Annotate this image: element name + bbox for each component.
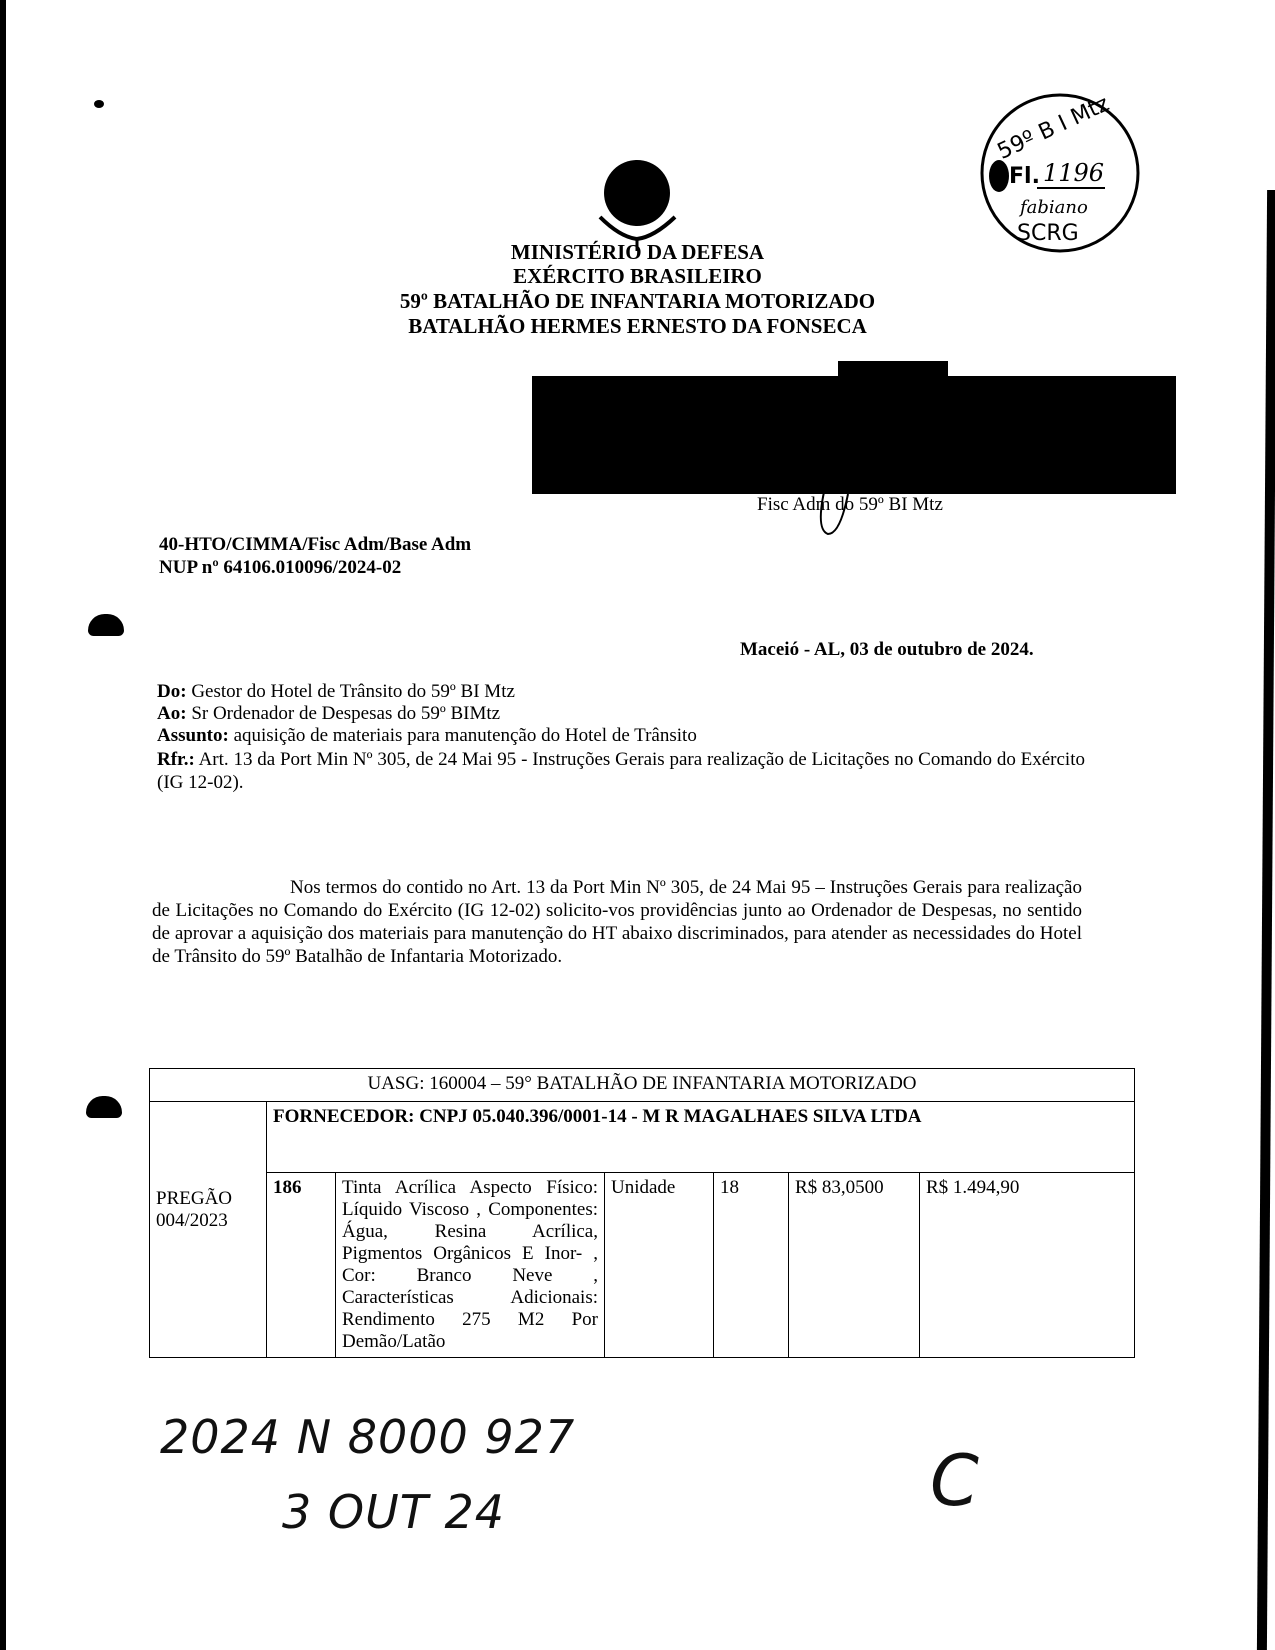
svg-text:59º B I Mtz: 59º B I Mtz <box>994 91 1113 164</box>
uasg-row: UASG: 160004 – 59° BATALHÃO DE INFANTARI… <box>150 1069 1135 1102</box>
svg-text:fabiano: fabiano <box>1018 197 1088 218</box>
svg-text:1196: 1196 <box>1043 159 1104 187</box>
to-line: Ao: Sr Ordenador de Despesas do 59º BIMt… <box>157 703 500 725</box>
supplier-header: FORNECEDOR: CNPJ 05.040.396/0001-14 - M … <box>267 1102 1135 1173</box>
item-unit: Unidade <box>605 1173 714 1358</box>
pregao-label: PREGÃO 004/2023 <box>156 1188 242 1232</box>
item-unit-price: R$ 83,0500 <box>789 1173 920 1358</box>
redaction-box <box>838 361 948 377</box>
uasg-header: UASG: 160004 – 59° BATALHÃO DE INFANTARI… <box>150 1069 1135 1102</box>
ref-label: Rfr.: <box>157 749 195 770</box>
ref-value: Art. 13 da Port Min Nº 305, de 24 Mai 95… <box>157 749 1085 793</box>
nup-number: NUP nº 64106.010096/2024-02 <box>159 557 401 579</box>
subject-label: Assunto: <box>157 725 229 746</box>
from-line: Do: Gestor do Hotel de Trânsito do 59º B… <box>157 681 515 703</box>
header-battalion-name: BATALHÃO HERMES ERNESTO DA FONSECA <box>0 315 1275 338</box>
item-number: 186 <box>267 1173 336 1358</box>
item-description: Tinta Acrílica Aspecto Físico: Líquido V… <box>336 1173 605 1358</box>
supplier-row: PREGÃO 004/2023 FORNECEDOR: CNPJ 05.040.… <box>150 1102 1135 1173</box>
items-table: UASG: 160004 – 59° BATALHÃO DE INFANTARI… <box>149 1068 1135 1358</box>
handwritten-date: 3 OUT 24 <box>282 1485 505 1539</box>
document-code: 40-HTO/CIMMA/Fisc Adm/Base Adm <box>159 534 471 556</box>
svg-text:Fl.: Fl. <box>1009 164 1040 189</box>
svg-text:SCRG: SCRG <box>1017 221 1079 246</box>
signature-mark <box>810 490 860 540</box>
date-line: Maceió - AL, 03 de outubro de 2024. <box>740 639 1034 661</box>
to-value: Sr Ordenador de Despesas do 59º BIMtz <box>191 703 500 724</box>
punch-hole-mark <box>88 614 124 636</box>
handwritten-initial: C <box>930 1440 980 1522</box>
handwritten-protocol-number: 2024 N 8000 927 <box>160 1410 575 1464</box>
folio-stamp: 59º B I Mtz Fl. 1196 fabiano SCRG <box>975 88 1145 258</box>
from-label: Do: <box>157 681 187 702</box>
body-paragraph: Nos termos do contido no Art. 13 da Port… <box>152 876 1082 968</box>
scan-edge-right <box>1257 190 1275 1650</box>
header-battalion: 59º BATALHÃO DE INFANTARIA MOTORIZADO <box>0 290 1275 313</box>
from-value: Gestor do Hotel de Trânsito do 59º BI Mt… <box>191 681 515 702</box>
subject-line: Assunto: aquisição de materiais para man… <box>157 725 697 747</box>
item-quantity: 18 <box>714 1173 789 1358</box>
scan-speck <box>94 100 104 108</box>
redaction-box <box>532 376 1176 494</box>
header-army: EXÉRCITO BRASILEIRO <box>0 265 1275 288</box>
pregao-cell: PREGÃO 004/2023 <box>150 1102 267 1358</box>
reference-line: Rfr.: Art. 13 da Port Min Nº 305, de 24 … <box>157 748 1085 794</box>
to-label: Ao: <box>157 703 187 724</box>
table-row: 186 Tinta Acrílica Aspecto Físico: Líqui… <box>150 1173 1135 1358</box>
punch-hole-mark <box>86 1096 122 1118</box>
subject-value: aquisição de materiais para manutenção d… <box>234 725 697 746</box>
item-total: R$ 1.494,90 <box>920 1173 1135 1358</box>
